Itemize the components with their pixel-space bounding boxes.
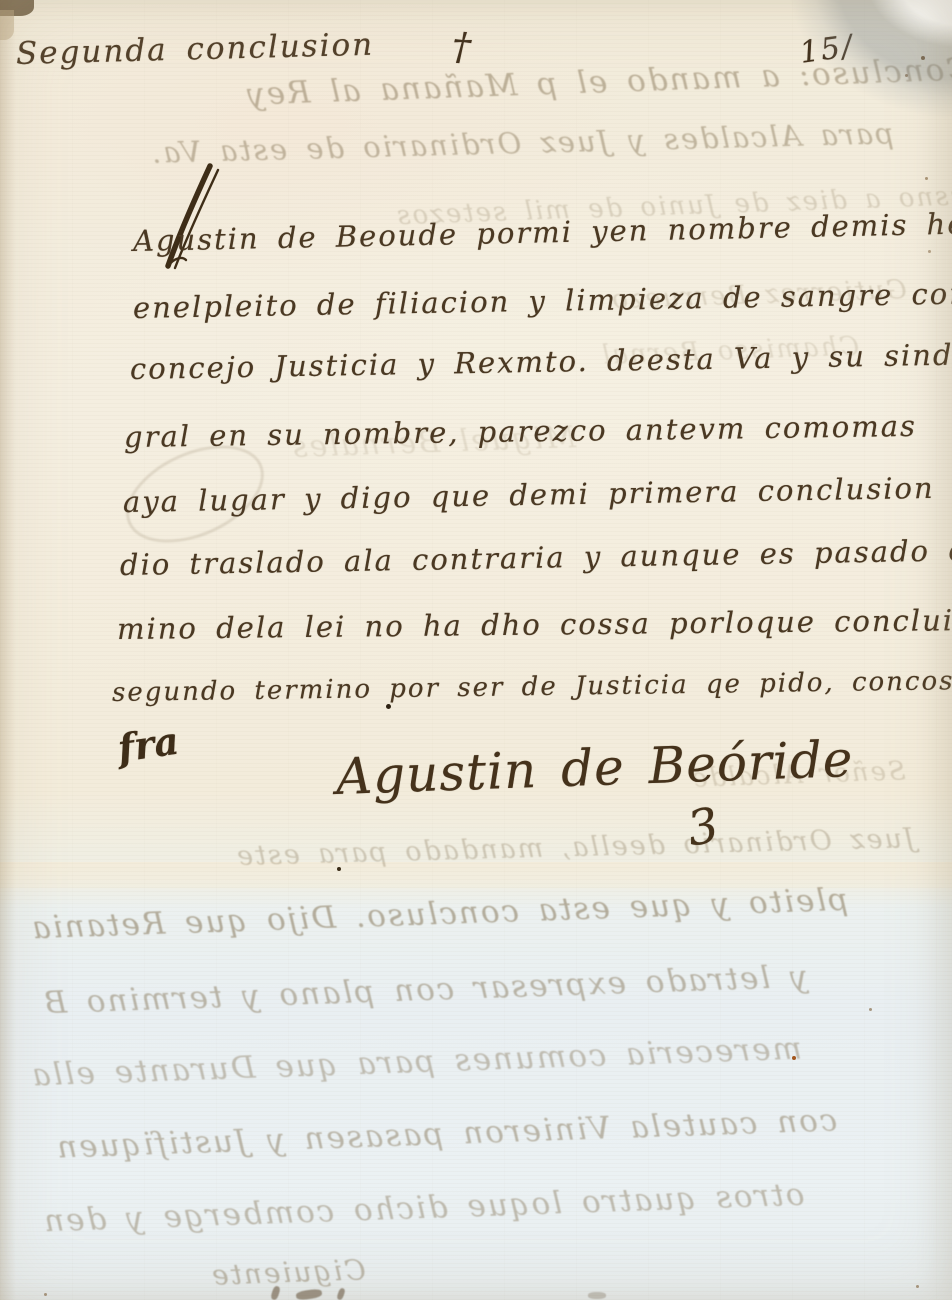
foxing-spot bbox=[337, 867, 341, 871]
foxing-spot bbox=[916, 1285, 919, 1288]
foxing-spot bbox=[921, 56, 925, 60]
cropped-ink-stroke bbox=[588, 1292, 606, 1299]
paper-tone-blend bbox=[0, 862, 952, 908]
foxing-spot bbox=[905, 74, 908, 77]
closing-abbreviation: fra bbox=[115, 718, 182, 771]
foxing-spot bbox=[928, 250, 931, 253]
manuscript-page: Concluso: a mando el p Mañana al Rey par… bbox=[0, 0, 952, 1300]
folio-number: 15/ bbox=[798, 29, 857, 71]
invocation-cross-icon: † bbox=[451, 24, 472, 69]
paper-bottom-region bbox=[0, 888, 952, 1300]
foxing-spot bbox=[44, 1293, 47, 1296]
foxing-spot bbox=[925, 177, 928, 180]
foxing-spot bbox=[792, 1056, 796, 1060]
foxing-spot bbox=[386, 704, 391, 709]
corner-dark-patch bbox=[0, 10, 14, 40]
foxing-spot bbox=[869, 1008, 872, 1011]
